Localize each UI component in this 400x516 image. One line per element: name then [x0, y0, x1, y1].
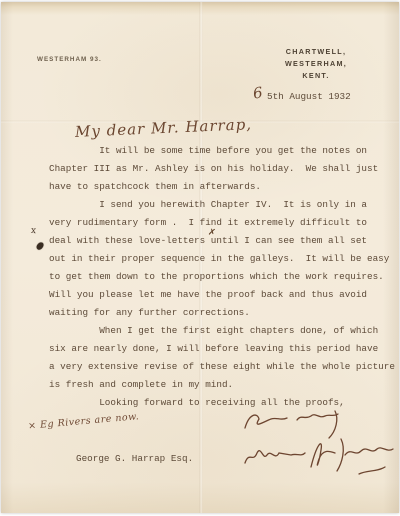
- ink-blot: [35, 241, 44, 251]
- signature-scrawl: [237, 436, 399, 485]
- handwritten-margin-note: × Eg Rivers are now.: [28, 411, 140, 432]
- handwritten-date-correction: 6: [252, 83, 264, 102]
- letterhead-address: CHARTWELL, WESTERHAM, KENT.: [269, 46, 363, 82]
- letter-paper: WESTERHAM 93. CHARTWELL, WESTERHAM, KENT…: [1, 2, 399, 513]
- letterhead-address-line: CHARTWELL,: [269, 46, 363, 58]
- letterhead-address-line: KENT.: [269, 70, 363, 82]
- letterhead-address-line: WESTERHAM,: [269, 58, 363, 70]
- recipient-name: George G. Harrap Esq.: [76, 453, 193, 464]
- letter-body: It will be some time before you get the …: [49, 142, 400, 412]
- margin-x-mark: x: [30, 226, 36, 236]
- handwritten-salutation: My dear Mr. Harrap,: [75, 115, 253, 141]
- letterhead-phone: WESTERHAM 93.: [37, 56, 102, 63]
- letter-date: 5th August 1932: [267, 91, 351, 102]
